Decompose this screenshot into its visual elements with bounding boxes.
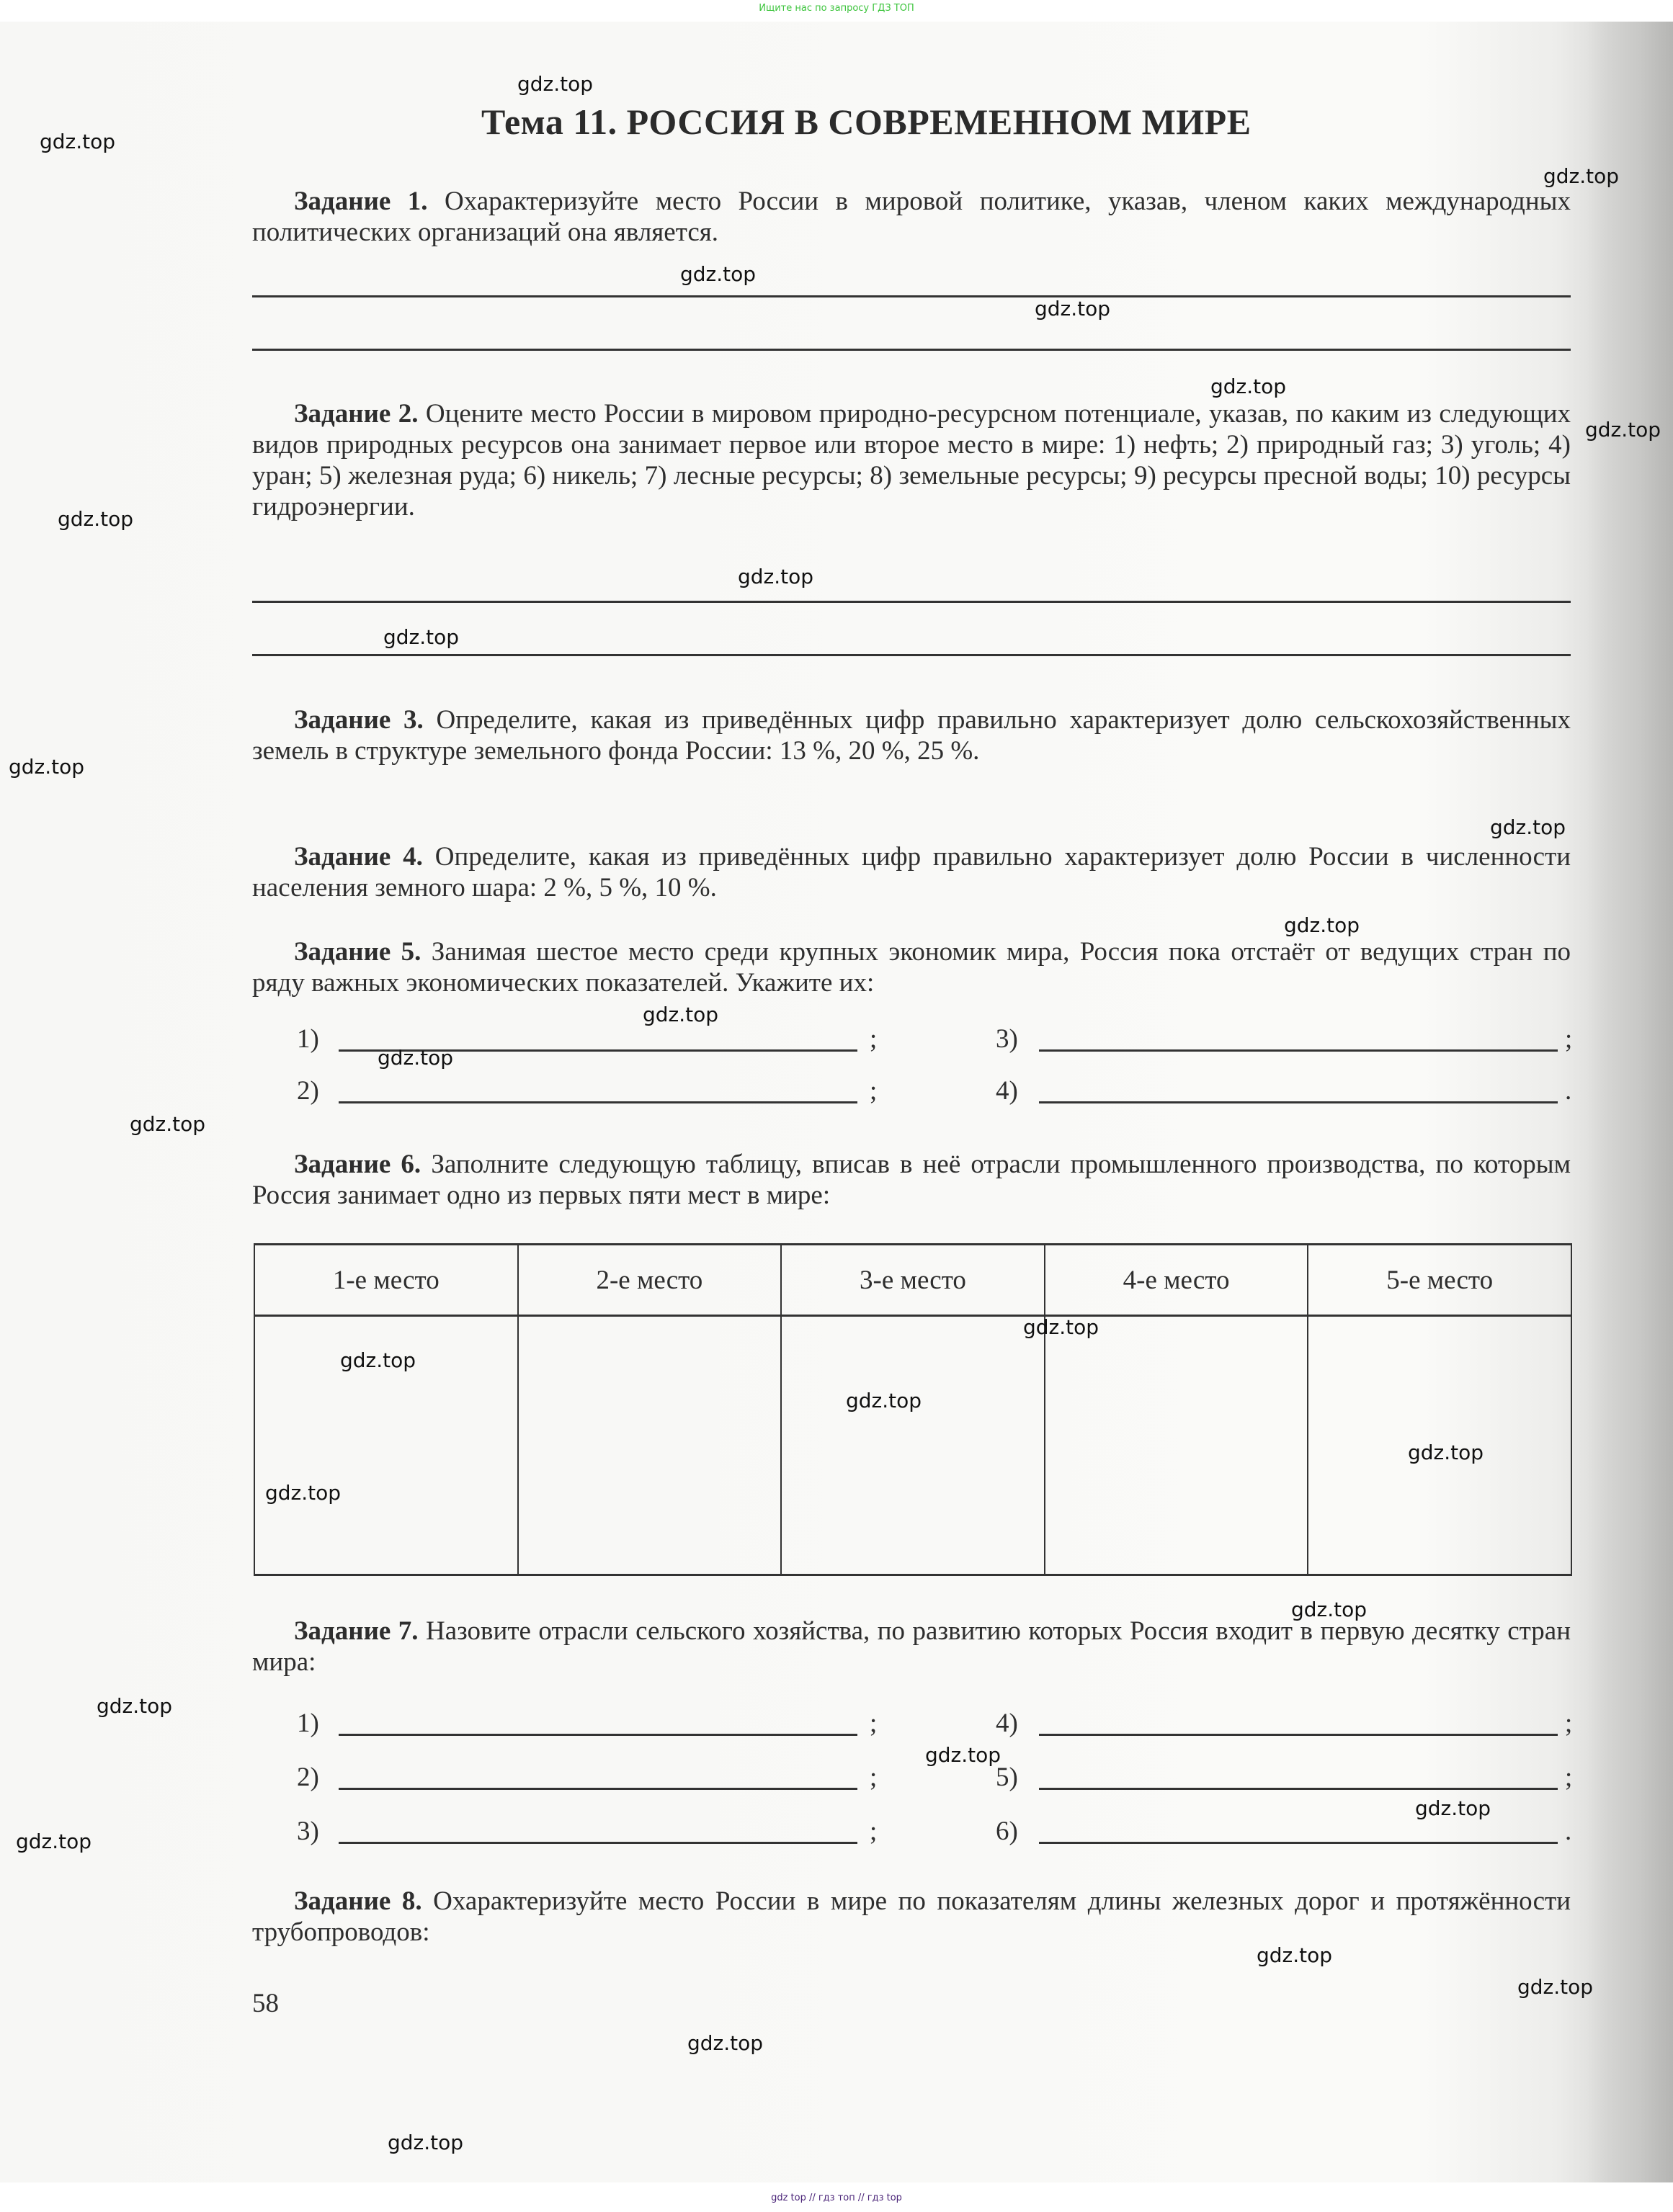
watermark: gdz.top <box>58 507 133 531</box>
answer-line[interactable] <box>1039 1842 1558 1844</box>
cell-place-3[interactable] <box>781 1316 1045 1575</box>
watermark: gdz.top <box>1210 375 1286 398</box>
watermark: gdz.top <box>97 1694 172 1718</box>
cell-place-4[interactable] <box>1045 1316 1308 1575</box>
task-text: Охарактеризуйте место России в мире по п… <box>252 1886 1571 1947</box>
task-text: Назовите отрасли сельского хозяйства, по… <box>252 1616 1571 1677</box>
watermark: gdz.top <box>925 1743 1001 1767</box>
page-title: Тема 11. РОССИЯ В СОВРЕМЕННОМ МИРЕ <box>481 101 1346 143</box>
header-place-5: 5-е место <box>1308 1245 1571 1316</box>
blank-number: 1) <box>297 1708 319 1739</box>
task-label: Задание 5. <box>294 937 421 967</box>
answer-line[interactable] <box>1039 1049 1558 1052</box>
watermark: gdz.top <box>1284 913 1360 937</box>
cell-place-2[interactable] <box>518 1316 782 1575</box>
punctuation: ; <box>870 1708 877 1739</box>
watermark: gdz.top <box>1035 297 1110 321</box>
watermark: gdz.top <box>9 755 84 779</box>
blank-number: 1) <box>297 1024 319 1054</box>
watermark: gdz.top <box>1415 1796 1491 1820</box>
page-binding-shadow <box>1587 22 1673 2182</box>
answer-line[interactable] <box>339 1734 857 1736</box>
watermark: gdz.top <box>1257 1943 1332 1967</box>
punctuation: ; <box>1565 1762 1572 1793</box>
footer-banner[interactable]: gdz top // гдз топ // гдз top <box>0 2193 1673 2203</box>
task-label: Задание 7. <box>294 1616 419 1646</box>
answer-line[interactable] <box>1039 1101 1558 1103</box>
watermark: gdz.top <box>1291 1598 1367 1621</box>
answer-line[interactable] <box>1039 1734 1558 1736</box>
task-text: Определите, какая из приведённых цифр пр… <box>252 842 1571 903</box>
watermark: gdz.top <box>16 1830 92 1853</box>
task-text: Занимая шестое место среди крупных эконо… <box>252 937 1571 998</box>
answer-line[interactable] <box>252 654 1571 656</box>
blank-1[interactable]: 1) ; <box>297 1706 888 1742</box>
task-text: Охарактеризуйте место России в мировой п… <box>252 187 1571 247</box>
blank-4[interactable]: 4) . <box>996 1073 1572 1109</box>
task5-row-2: 2) ; 4) . <box>252 1073 1571 1109</box>
watermark: gdz.top <box>1408 1441 1484 1464</box>
task-label: Задание 2. <box>294 399 418 429</box>
task-text: Определите, какая из приведённых цифр пр… <box>252 705 1571 766</box>
watermark: gdz.top <box>517 72 593 96</box>
punctuation: ; <box>1565 1708 1572 1739</box>
watermark: gdz.top <box>40 130 115 153</box>
watermark: gdz.top <box>388 2131 463 2154</box>
punctuation: ; <box>1565 1024 1572 1054</box>
punctuation: ; <box>870 1024 877 1054</box>
task-6: Задание 6. Заполните следующую таблицу, … <box>252 1149 1571 1211</box>
blank-number: 4) <box>996 1708 1018 1739</box>
watermark: gdz.top <box>340 1348 416 1372</box>
punctuation: ; <box>870 1816 877 1847</box>
page-number: 58 <box>252 1988 279 2019</box>
task-label: Задание 1. <box>294 187 428 216</box>
header-place-2: 2-е место <box>518 1245 782 1316</box>
punctuation: ; <box>870 1075 877 1106</box>
blank-2[interactable]: 2) ; <box>297 1073 888 1109</box>
task7-row-1: 1) ; 4) ; <box>252 1706 1571 1742</box>
task-8: Задание 8. Охарактеризуйте место России … <box>252 1886 1571 1948</box>
blank-number: 4) <box>996 1075 1018 1106</box>
punctuation: ; <box>870 1762 877 1793</box>
blank-4[interactable]: 4) ; <box>996 1706 1572 1742</box>
punctuation: . <box>1565 1816 1571 1847</box>
watermark: gdz.top <box>738 565 813 588</box>
task-label: Задание 4. <box>294 842 423 872</box>
watermark: gdz.top <box>846 1389 922 1412</box>
blank-number: 3) <box>297 1816 319 1847</box>
header-place-1: 1-е место <box>254 1245 518 1316</box>
watermark: gdz.top <box>687 2031 763 2055</box>
watermark: gdz.top <box>1490 815 1566 839</box>
watermark: gdz.top <box>643 1003 718 1026</box>
task-label: Задание 6. <box>294 1150 421 1179</box>
watermark: gdz.top <box>1543 164 1619 188</box>
task-4: Задание 4. Определите, какая из приведён… <box>252 841 1571 903</box>
watermark: gdz.top <box>265 1481 341 1505</box>
watermark: gdz.top <box>378 1046 453 1070</box>
blank-5[interactable]: 5) ; <box>996 1760 1572 1796</box>
watermark: gdz.top <box>680 262 756 286</box>
answer-line[interactable] <box>339 1842 857 1844</box>
task-label: Задание 8. <box>294 1886 422 1916</box>
answer-line[interactable] <box>1039 1788 1558 1790</box>
task-7: Задание 7. Назовите отрасли сельского хо… <box>252 1616 1571 1678</box>
blank-number: 2) <box>297 1075 319 1106</box>
header-place-3: 3-е место <box>781 1245 1045 1316</box>
task-5: Задание 5. Занимая шестое место среди кр… <box>252 936 1571 998</box>
blank-number: 3) <box>996 1024 1018 1054</box>
watermark: gdz.top <box>130 1112 205 1136</box>
watermark: gdz.top <box>1517 1975 1593 1999</box>
watermark: gdz.top <box>1023 1315 1099 1339</box>
answer-line[interactable] <box>252 295 1571 297</box>
task-text: Оцените место России в мировом природно-… <box>252 399 1571 521</box>
blank-number: 2) <box>297 1762 319 1793</box>
punctuation: . <box>1565 1075 1571 1106</box>
answer-line[interactable] <box>252 349 1571 351</box>
task-1: Задание 1. Охарактеризуйте место России … <box>252 186 1571 248</box>
answer-line[interactable] <box>252 601 1571 603</box>
blank-number: 6) <box>996 1816 1018 1847</box>
task-label: Задание 3. <box>294 705 424 735</box>
watermark: gdz.top <box>1585 418 1661 442</box>
search-banner[interactable]: Ищите нас по запросу ГДЗ ТОП <box>0 3 1673 14</box>
answer-line[interactable] <box>339 1788 857 1790</box>
task-text: Заполните следующую таблицу, вписав в не… <box>252 1150 1571 1210</box>
blank-2[interactable]: 2) ; <box>297 1760 888 1796</box>
blank-3[interactable]: 3) ; <box>996 1021 1572 1057</box>
task7-row-2: 2) ; 5) ; <box>252 1760 1571 1796</box>
answer-line[interactable] <box>339 1101 857 1103</box>
header-place-4: 4-е место <box>1045 1245 1308 1316</box>
blank-3[interactable]: 3) ; <box>297 1814 888 1850</box>
task7-row-3: 3) ; 6) . <box>252 1814 1571 1850</box>
task-3: Задание 3. Определите, какая из приведён… <box>252 704 1571 766</box>
watermark: gdz.top <box>383 625 459 649</box>
task-2: Задание 2. Оцените место России в мирово… <box>252 398 1571 522</box>
